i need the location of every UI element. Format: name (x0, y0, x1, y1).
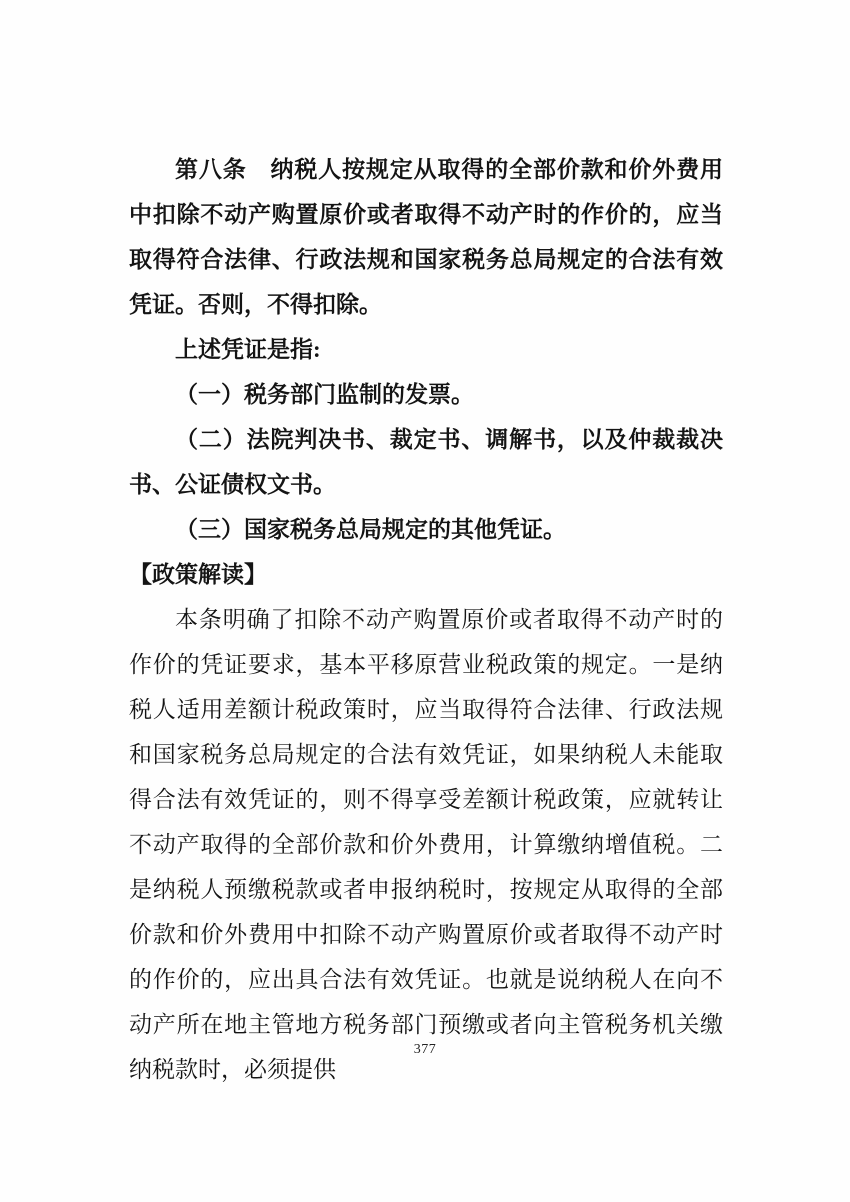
page-number: 377 (0, 1042, 850, 1058)
policy-interpretation-body: 本条明确了扣除不动产购置原价或者取得不动产时的作价的凭证要求，基本平移原营业税政… (129, 597, 723, 1092)
article-clause-paragraph: 第八条 纳税人按规定从取得的全部价款和价外费用中扣除不动产购置原价或者取得不动产… (129, 147, 723, 327)
voucher-item-2: （二）法院判决书、裁定书、调解书，以及仲裁裁决书、公证债权文书。 (129, 417, 723, 507)
document-page: 第八条 纳税人按规定从取得的全部价款和价外费用中扣除不动产购置原价或者取得不动产… (0, 0, 850, 1202)
policy-interpretation-heading: 【政策解读】 (129, 552, 723, 597)
voucher-item-3: （三）国家税务总局规定的其他凭证。 (129, 507, 723, 552)
page-content: 第八条 纳税人按规定从取得的全部价款和价外费用中扣除不动产购置原价或者取得不动产… (129, 147, 723, 1092)
voucher-item-1: （一）税务部门监制的发票。 (129, 372, 723, 417)
voucher-intro-line: 上述凭证是指: (129, 327, 723, 372)
